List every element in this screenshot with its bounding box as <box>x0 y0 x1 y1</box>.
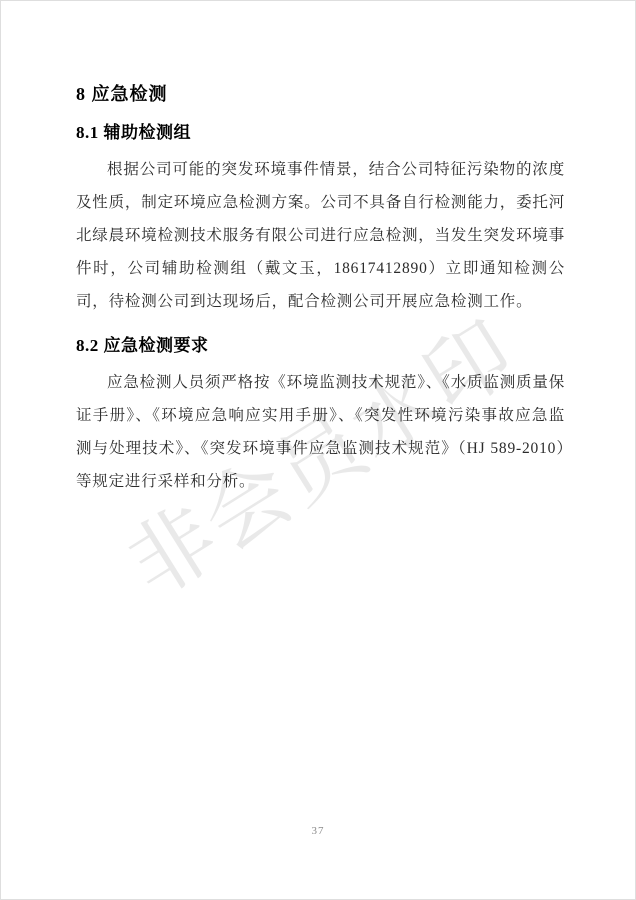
chapter-8-heading: 8 应急检测 <box>76 83 565 105</box>
page-content: 8 应急检测 8.1 辅助检测组 根据公司可能的突发环境事件情景，结合公司特征污… <box>1 83 635 498</box>
section-8-1-heading: 8.1 辅助检测组 <box>76 122 565 143</box>
section-8-2-heading: 8.2 应急检测要求 <box>76 335 565 356</box>
document-page: 非会员水印 8 应急检测 8.1 辅助检测组 根据公司可能的突发环境事件情景，结… <box>0 0 636 900</box>
section-8-1-paragraph: 根据公司可能的突发环境事件情景，结合公司特征污染物的浓度及性质，制定环境应急检测… <box>76 153 565 318</box>
page-number: 37 <box>1 825 635 837</box>
section-8-2-paragraph: 应急检测人员须严格按《环境监测技术规范》、《水质监测质量保证手册》、《环境应急响… <box>76 366 565 498</box>
